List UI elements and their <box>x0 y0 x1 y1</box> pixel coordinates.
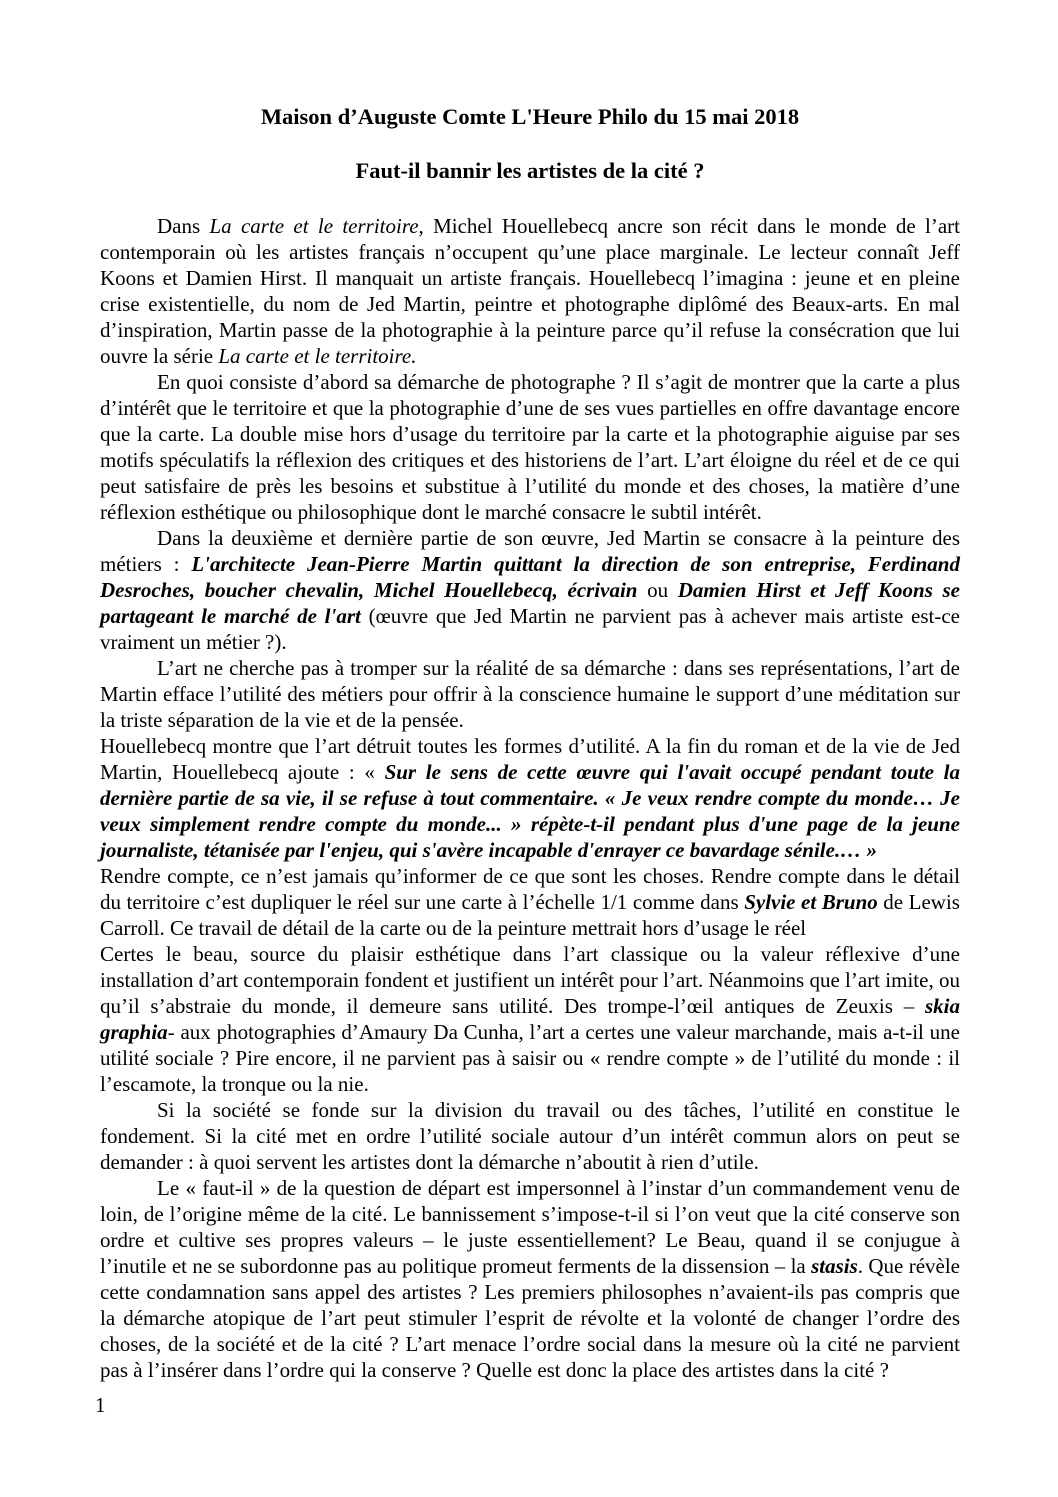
emphasis-run: La carte et le territoire, <box>209 214 423 238</box>
page-number: 1 <box>95 1392 106 1418</box>
paragraph: Certes le beau, source du plaisir esthét… <box>100 941 960 1097</box>
paragraph: Si la société se fonde sur la division d… <box>100 1097 960 1175</box>
paragraph: L’art ne cherche pas à tromper sur la ré… <box>100 655 960 733</box>
text-run: Certes le beau, source du plaisir esthét… <box>100 942 960 1018</box>
emphasis-run: Sylvie et Bruno <box>744 890 878 914</box>
paragraph: Le « faut-il » de la question de départ … <box>100 1175 960 1383</box>
text-run: ou <box>637 578 677 602</box>
text-run: L’art ne cherche pas à tromper sur la ré… <box>100 656 960 732</box>
paragraph: Dans la deuxième et dernière partie de s… <box>100 525 960 655</box>
text-run: Si la société se fonde sur la division d… <box>100 1098 960 1174</box>
paragraph: En quoi consiste d’abord sa démarche de … <box>100 369 960 525</box>
document-body: Dans La carte et le territoire, Michel H… <box>100 213 960 1383</box>
paragraph: Dans La carte et le territoire, Michel H… <box>100 213 960 369</box>
text-run: En quoi consiste d’abord sa démarche de … <box>100 370 960 524</box>
document-page: Maison d’Auguste Comte L'Heure Philo du … <box>0 0 1058 1497</box>
emphasis-run: La carte et le territoire. <box>218 344 416 368</box>
document-content: Maison d’Auguste Comte L'Heure Philo du … <box>100 0 960 1383</box>
document-title: Maison d’Auguste Comte L'Heure Philo du … <box>100 103 960 130</box>
text-run: Dans <box>157 214 209 238</box>
paragraph: Rendre compte, ce n’est jamais qu’inform… <box>100 863 960 941</box>
document-subtitle: Faut-il bannir les artistes de la cité ? <box>100 157 960 184</box>
text-run: - aux photographies d’Amaury Da Cunha, l… <box>100 1020 960 1096</box>
paragraph: Houellebecq montre que l’art détruit tou… <box>100 733 960 863</box>
emphasis-run: stasis <box>811 1254 858 1278</box>
